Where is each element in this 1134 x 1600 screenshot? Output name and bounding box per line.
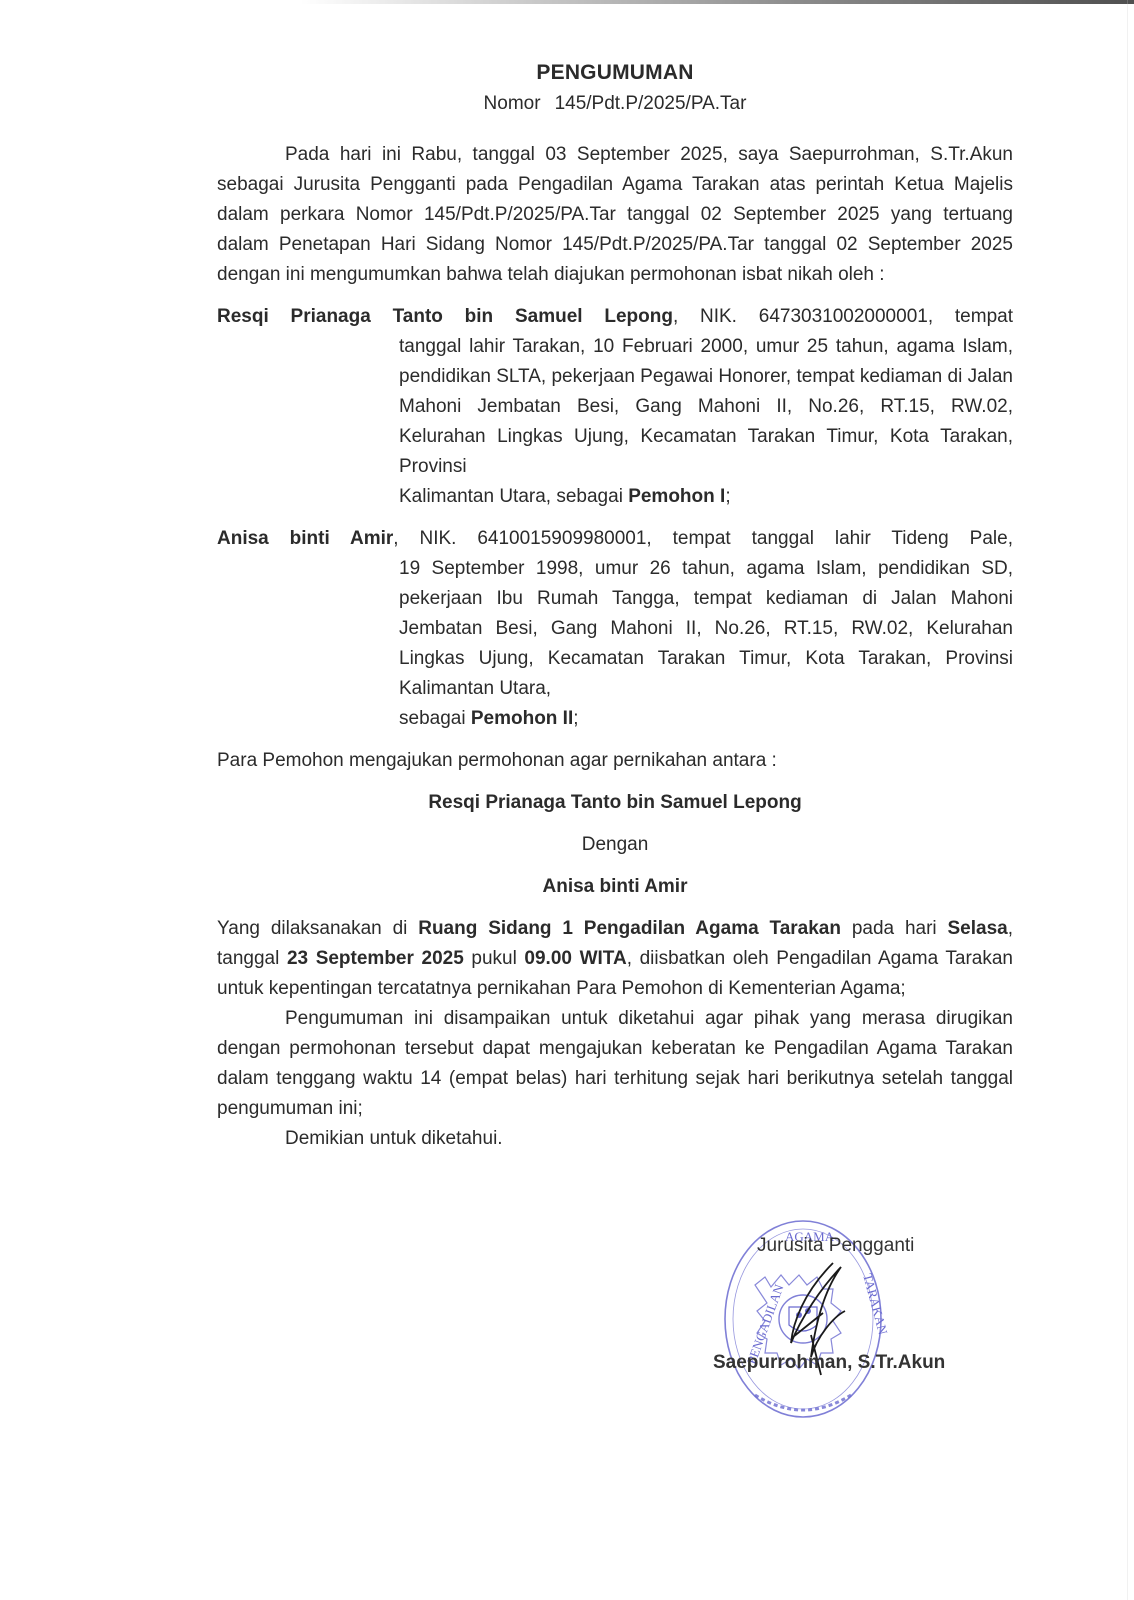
applicant-1-suffix: ; (725, 486, 730, 507)
scan-edge-top (300, 0, 1134, 4)
request-party-2: Anisa binti Amir (217, 872, 1013, 902)
document-number: Nomor145/Pdt.P/2025/PA.Tar (217, 88, 1013, 120)
hearing-date: 23 September 2025 (287, 948, 464, 969)
hearing-day: Selasa (948, 918, 1008, 939)
document-title: PENGUMUMAN (217, 58, 1013, 88)
applicant-2: Anisa binti Amir, NIK. 6410015909980001,… (217, 524, 1013, 734)
applicant-1-role: Pemohon I (628, 486, 725, 507)
applicant-1-first-line: , NIK. 6473031002000001, tempat (673, 306, 1013, 327)
applicant-1-name: Resqi Prianaga Tanto bin Samuel Lepong (217, 306, 673, 327)
request-connector: Dengan (217, 830, 1013, 860)
hearing-paragraph: Yang dilaksanakan di Ruang Sidang 1 Peng… (217, 914, 1013, 1004)
signature-block: PENGADILAN AGAMA TARAKAN Jurusita Pengga… (715, 1215, 1015, 1435)
request-intro: Para Pemohon mengajukan permohonan agar … (217, 746, 1013, 776)
scan-edge-right (1127, 0, 1128, 1600)
signature-title: Jurusita Pengganti (757, 1235, 914, 1257)
notice-paragraph: Pengumuman ini disampaikan untuk diketah… (217, 1004, 1013, 1124)
applicant-2-role: Pemohon II (471, 708, 573, 729)
request-party-1: Resqi Prianaga Tanto bin Samuel Lepong (217, 788, 1013, 818)
applicant-2-last-line: sebagai (399, 708, 471, 729)
applicant-2-details: 19 September 1998, umur 26 tahun, agama … (399, 554, 1013, 704)
svg-text:TARAKAN: TARAKAN (860, 1272, 891, 1337)
applicant-2-name: Anisa binti Amir (217, 528, 393, 549)
applicant-2-first-line: , NIK. 6410015909980001, tempat tanggal … (393, 528, 1013, 549)
applicant-1-details: tanggal lahir Tarakan, 10 Februari 2000,… (399, 332, 1013, 482)
nomor-value: 145/Pdt.P/2025/PA.Tar (555, 93, 747, 114)
applicant-1: Resqi Prianaga Tanto bin Samuel Lepong, … (217, 302, 1013, 512)
signature-name: Saepurrohman, S.Tr.Akun (713, 1352, 945, 1374)
hearing-time: 09.00 WITA (524, 948, 626, 969)
nomor-label: Nomor (484, 93, 541, 114)
applicant-1-last-line: Kalimantan Utara, sebagai (399, 486, 628, 507)
document-page: PENGUMUMAN Nomor145/Pdt.P/2025/PA.Tar Pa… (217, 58, 1013, 1154)
closing-line: Demikian untuk diketahui. (217, 1124, 1013, 1154)
hearing-venue: Ruang Sidang 1 Pengadilan Agama Tarakan (418, 918, 841, 939)
opening-paragraph: Pada hari ini Rabu, tanggal 03 September… (217, 140, 1013, 290)
applicant-2-suffix: ; (573, 708, 578, 729)
